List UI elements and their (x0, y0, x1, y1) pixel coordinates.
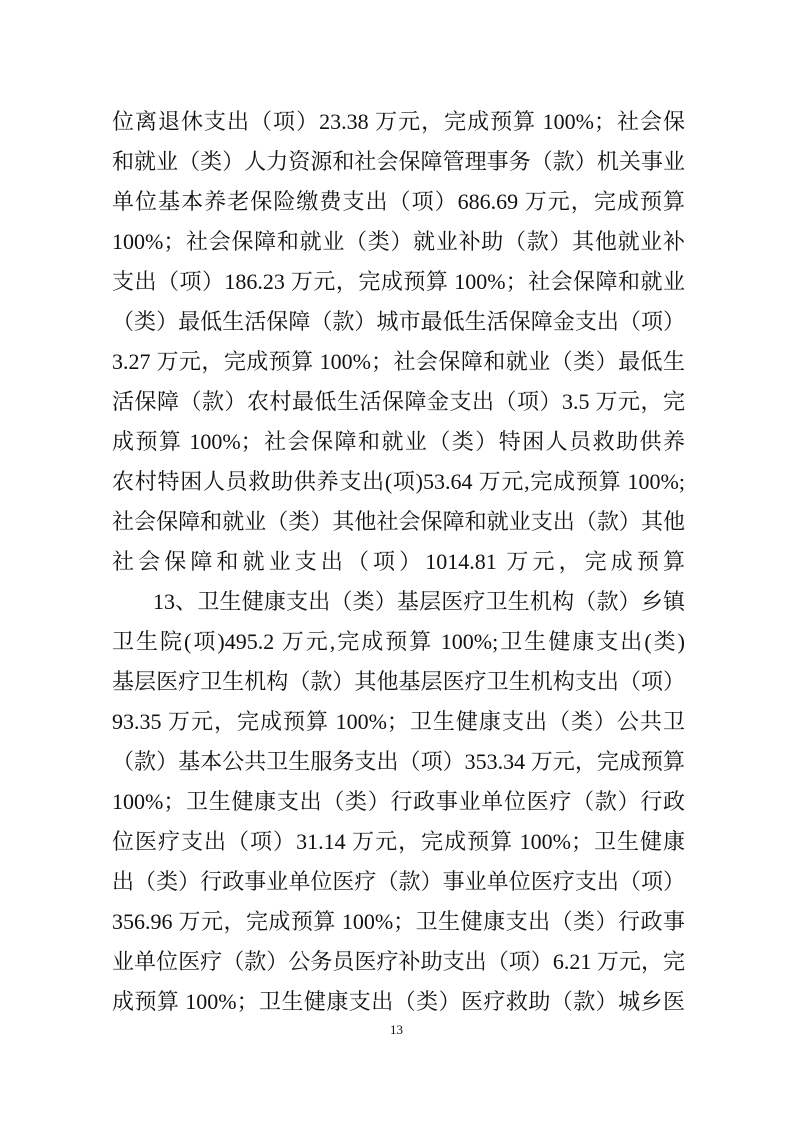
text-line: 支出（项）186.23 万元，完成预算 100%；社会保障和就业 (112, 262, 685, 302)
text-line: 活保障（款）农村最低生活保障金支出（项）3.5 万元，完 (112, 382, 685, 422)
text-line: 成预算 100%；卫生健康支出（类）医疗救助（款）城乡医疗 (112, 982, 685, 1022)
text-line: 出（类）行政事业单位医疗（款）事业单位医疗支出（项） (112, 862, 685, 902)
document-page: 位离退休支出（项）23.38 万元，完成预算 100%；社会保障 和就业（类）人… (0, 0, 793, 1122)
text-line: 卫生院(项)495.2 万元,完成预算 100%;卫生健康支出(类) (112, 622, 685, 662)
text-line: 100%；卫生健康支出（类）行政事业单位医疗（款）行政单 (112, 782, 685, 822)
text-line: 成预算 100%；社会保障和就业（类）特困人员救助供养（款） (112, 422, 685, 462)
text-line: 100%；社会保障和就业（类）就业补助（款）其他就业补助 (112, 222, 685, 262)
text-line: 社会保障和就业支出（项）1014.81 万元，完成预算 100%。 (112, 542, 685, 582)
text-line: 和就业（类）人力资源和社会保障管理事务（款）机关事业 (112, 142, 685, 182)
text-line: 3.27 万元，完成预算 100%；社会保障和就业（类）最低生 (112, 342, 685, 382)
page-number: 13 (0, 1020, 793, 1040)
text-line: （款）基本公共卫生服务支出（项）353.34 万元，完成预算 (112, 742, 685, 782)
text-line: 单位基本养老保险缴费支出（项）686.69 万元，完成预算 (112, 182, 685, 222)
text-line: 位医疗支出（项）31.14 万元，完成预算 100%；卫生健康支 (112, 822, 685, 862)
text-line: （类）最低生活保障（款）城市最低生活保障金支出（项） (112, 302, 685, 342)
text-line: 基层医疗卫生机构（款）其他基层医疗卫生机构支出（项） (112, 662, 685, 702)
body-text-block: 位离退休支出（项）23.38 万元，完成预算 100%；社会保障 和就业（类）人… (112, 102, 685, 1022)
text-line-paragraph-start: 13、卫生健康支出（类）基层医疗卫生机构（款）乡镇 (112, 582, 685, 622)
text-line: 业单位医疗（款）公务员医疗补助支出（项）6.21 万元，完 (112, 942, 685, 982)
text-line: 93.35 万元，完成预算 100%；卫生健康支出（类）公共卫生 (112, 702, 685, 742)
text-line: 356.96 万元，完成预算 100%；卫生健康支出（类）行政事 (112, 902, 685, 942)
text-line: 位离退休支出（项）23.38 万元，完成预算 100%；社会保障 (112, 102, 685, 142)
text-line: 社会保障和就业（类）其他社会保障和就业支出（款）其他 (112, 502, 685, 542)
text-line: 农村特困人员救助供养支出(项)53.64 万元,完成预算 100%; (112, 462, 685, 502)
